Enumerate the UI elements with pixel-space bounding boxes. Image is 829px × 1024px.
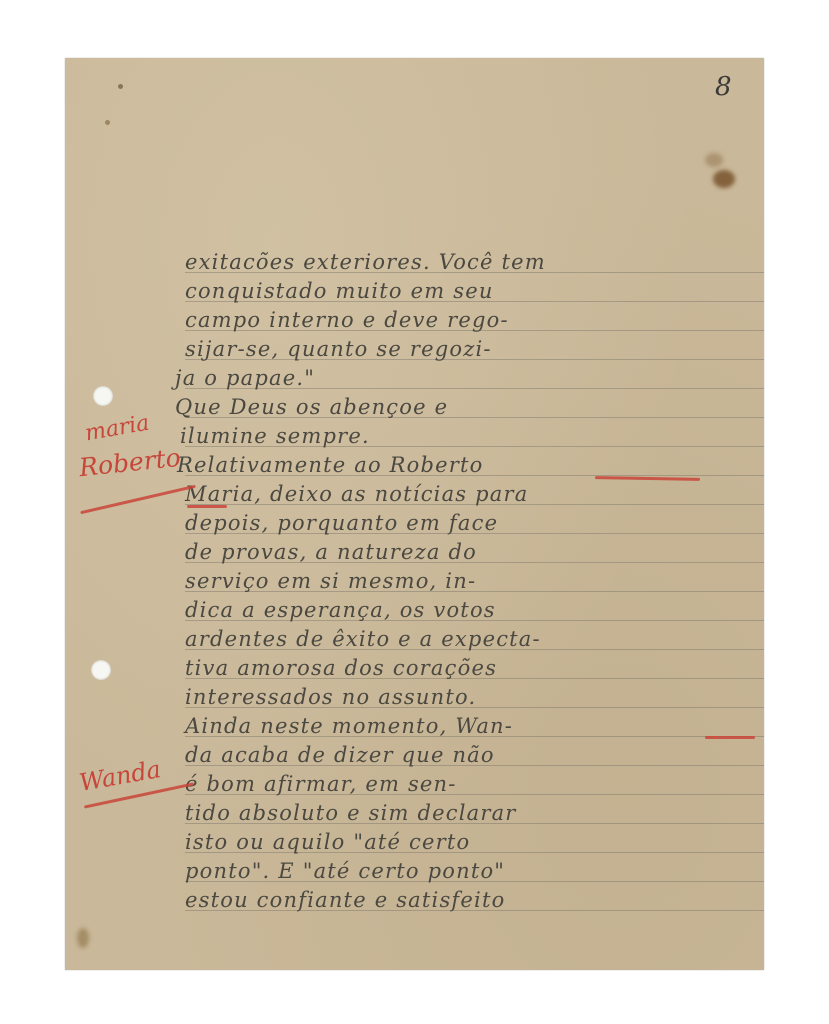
stain-spot [713,170,735,188]
text-line: dica a esperança, os votos [185,598,765,622]
text-line: serviço em si mesmo, in- [185,569,765,593]
text-line: tido absoluto e sim declarar [185,801,765,825]
text-line: Relativamente ao Roberto [177,453,757,477]
text-line: ponto". E "até certo ponto" [185,859,765,883]
page-number: 8 [715,72,732,102]
text-line: tiva amorosa dos corações [185,656,765,680]
margin-note-maria: maria [84,413,151,446]
text-line: Ainda neste momento, Wan- [185,714,765,738]
text-line: da acaba de dizer que não [185,743,765,767]
text-line: estou confiante e satisfeito [185,888,765,912]
text-line: sijar-se, quanto se regozi- [185,337,765,361]
manuscript-page: 8 exitacões exteriores. Você tem conquis… [65,58,764,970]
margin-note-wanda: Wanda [78,757,163,795]
text-line: campo interno e deve rego- [185,308,765,332]
text-line: exitacões exteriores. Você tem [185,250,765,274]
name-underline-roberto [595,476,700,481]
punch-hole [91,660,111,680]
text-line: interessados no assunto. [185,685,765,709]
text-line: conquistado muito em seu [185,279,765,303]
text-line: isto ou aquilo "até certo [185,830,765,854]
text-line: Que Deus os abençoe e [175,395,755,419]
text-line: ja o papae." [175,366,755,390]
stain-spot [705,153,723,167]
name-underline-wanda [705,736,755,739]
text-line: depois, porquanto em face [185,511,765,535]
text-line: ardentes de êxito e a expecta- [185,627,765,651]
punch-hole [93,386,113,406]
margin-underline [80,485,196,514]
stain-spot [118,84,123,89]
margin-note-roberto: Roberto [78,445,182,480]
stain-spot [105,120,110,125]
name-underline-maria [187,505,227,508]
text-line: de provas, a natureza do [185,540,765,564]
text-line: ilumine sempre. [180,424,760,448]
stain-spot [77,928,89,948]
text-line: Maria, deixo as notícias para [185,482,765,506]
text-line: é bom afirmar, em sen- [185,772,765,796]
